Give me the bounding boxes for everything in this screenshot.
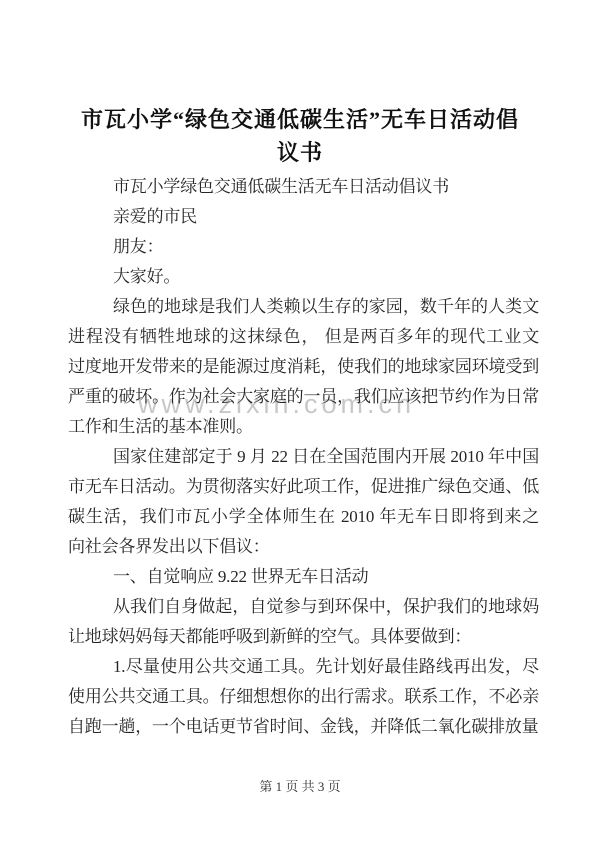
- paragraph-line: 国家住建部定于 9 月 22 日在全国范围内开展 2010 年中国城: [68, 442, 539, 472]
- page-number: 第 1 页 共 3 页: [0, 776, 600, 795]
- document-page: www.zixin.com.cn 市瓦小学“绿色交通低碳生活”无车日活动倡 议书…: [0, 0, 600, 849]
- paragraph-line: 自跑一趟，一个电话更节省时间、金钱，并降低二氧化碳排放量。: [68, 712, 539, 742]
- paragraph-line: 向社会各界发出以下倡议：: [68, 532, 539, 562]
- subtitle-line: 市瓦小学绿色交通低碳生活无车日活动倡议书: [68, 172, 539, 202]
- paragraph-line: 从我们自身做起，自觉参与到环保中，保护我们的地球妈妈，: [68, 592, 539, 622]
- section-heading-line: 一、自觉响应 9.22 世界无车日活动: [68, 562, 539, 592]
- paragraph-line: 过度地开发带来的是能源过度消耗，使我们的地球家园环境受到: [68, 352, 539, 382]
- document-title-line-2: 议书: [65, 136, 535, 169]
- paragraph-line: 工作和生活的基本准则。: [68, 412, 539, 442]
- paragraph-line: 使用公共交通工具。仔细想想你的出行需求。联系工作，不必亲: [68, 682, 539, 712]
- paragraph-line: 让地球妈妈每天都能呼吸到新鲜的空气。具体要做到：: [68, 622, 539, 652]
- salutation-line: 亲爱的市民: [68, 202, 539, 232]
- paragraph-line: 严重的破坏。作为社会大家庭的一员，我们应该把节约作为日常: [68, 382, 539, 412]
- paragraph-line: 碳生活，我们市瓦小学全体师生在 2010 年无车日即将到来之际，: [68, 502, 539, 532]
- salutation-line: 朋友：: [68, 232, 539, 262]
- document-title: 市瓦小学“绿色交通低碳生活”无车日活动倡 议书: [65, 103, 535, 169]
- paragraph-line: 绿色的地球是我们人类赖以生存的家园，数千年的人类文明: [68, 292, 539, 322]
- paragraph-line: 进程没有牺牲地球的这抹绿色， 但是两百多年的现代工业文明，: [68, 322, 539, 352]
- paragraph-line: 市无车日活动。为贯彻落实好此项工作，促进推广绿色交通、低: [68, 472, 539, 502]
- paragraph-line: 1.尽量使用公共交通工具。先计划好最佳路线再出发，尽量: [68, 652, 539, 682]
- document-body: 市瓦小学绿色交通低碳生活无车日活动倡议书亲爱的市民朋友：大家好。绿色的地球是我们…: [68, 172, 539, 742]
- greeting-line: 大家好。: [68, 262, 539, 292]
- document-title-line-1: 市瓦小学“绿色交通低碳生活”无车日活动倡: [65, 103, 535, 136]
